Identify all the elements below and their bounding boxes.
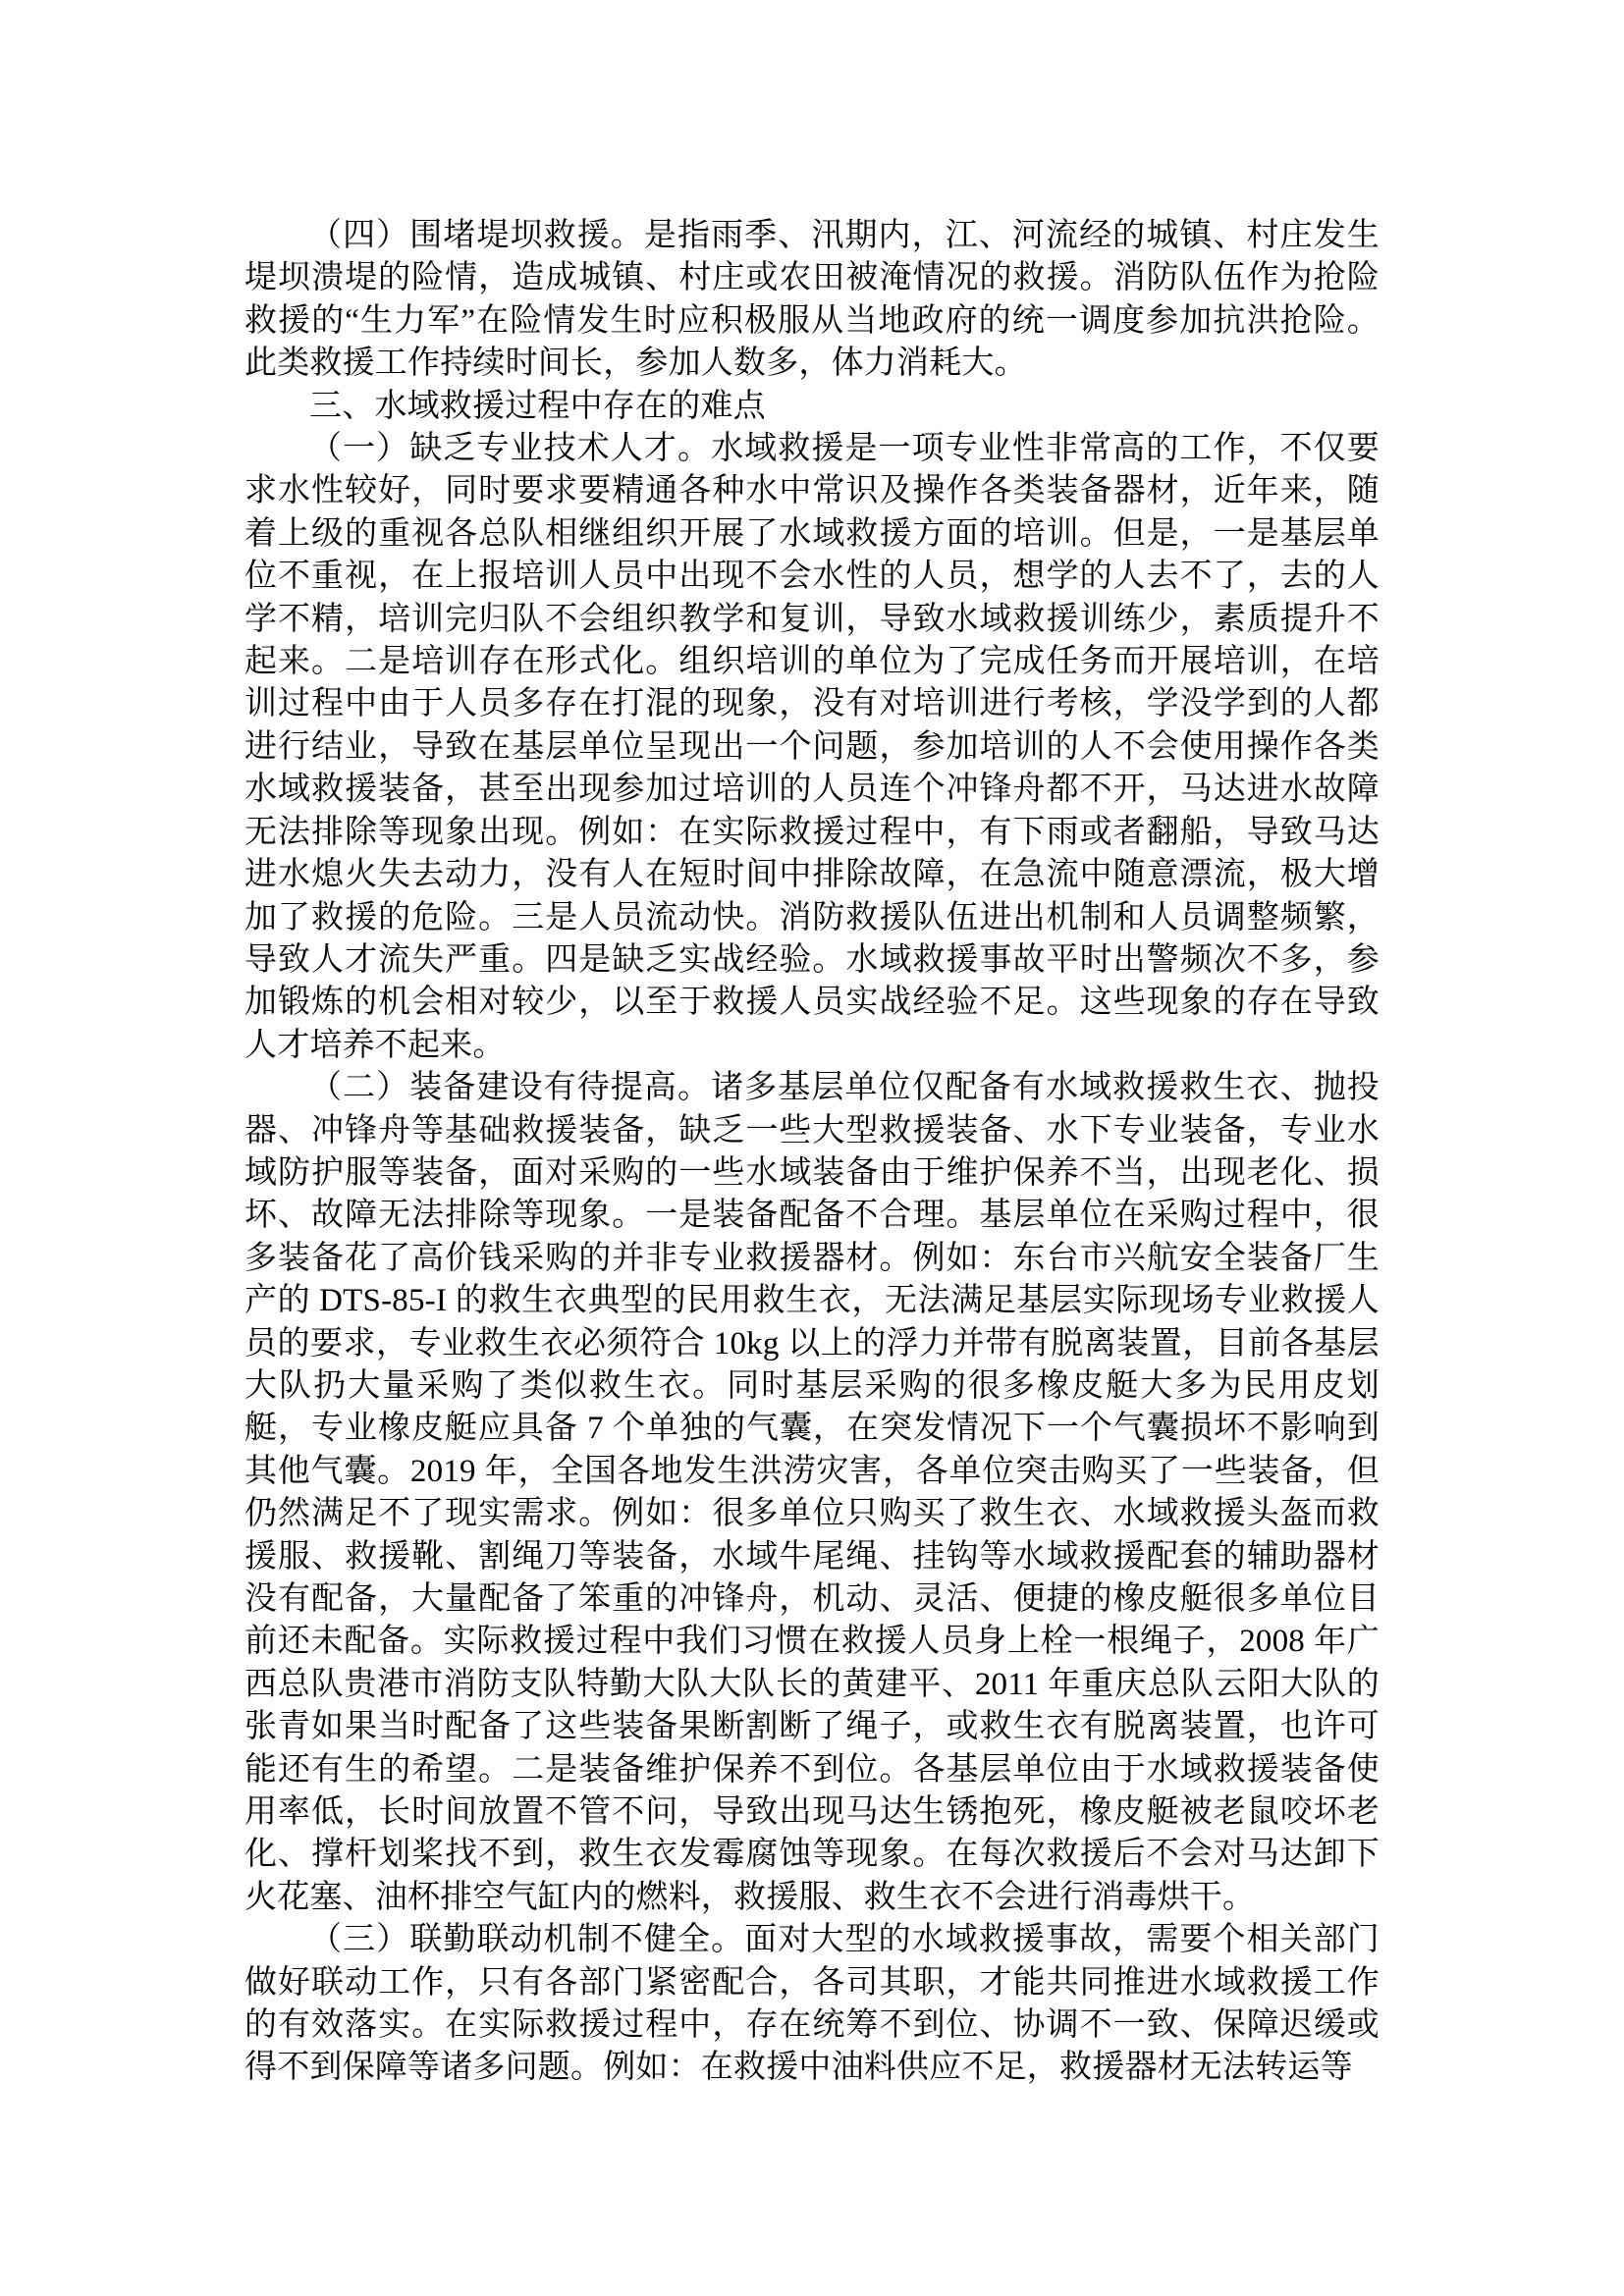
paragraph-equipment-construction: （二）装备建设有待提高。诸多基层单位仅配备有水域救援救生衣、抛投器、冲锋舟等基础… (244, 1067, 1380, 1919)
document-body: （四）围堵堤坝救援。是指雨季、汛期内，江、河流经的城镇、村庄发生堤坝溃堤的险情，… (244, 215, 1380, 2090)
paragraph-lack-of-professionals: （一）缺乏专业技术人才。水域救援是一项专业性非常高的工作，不仅要求水性较好，同时… (244, 428, 1380, 1067)
document-page: （四）围堵堤坝救援。是指雨季、汛期内，江、河流经的城镇、村庄发生堤坝溃堤的险情，… (0, 0, 1624, 2296)
paragraph-joint-linkage-mechanism: （三）联勤联动机制不健全。面对大型的水域救援事故，需要个相关部门做好联动工作，只… (244, 1919, 1380, 2090)
paragraph-dam-rescue: （四）围堵堤坝救援。是指雨季、汛期内，江、河流经的城镇、村庄发生堤坝溃堤的险情，… (244, 215, 1380, 386)
section-heading-rescue-difficulties: 三、水域救援过程中存在的难点 (244, 386, 1380, 428)
